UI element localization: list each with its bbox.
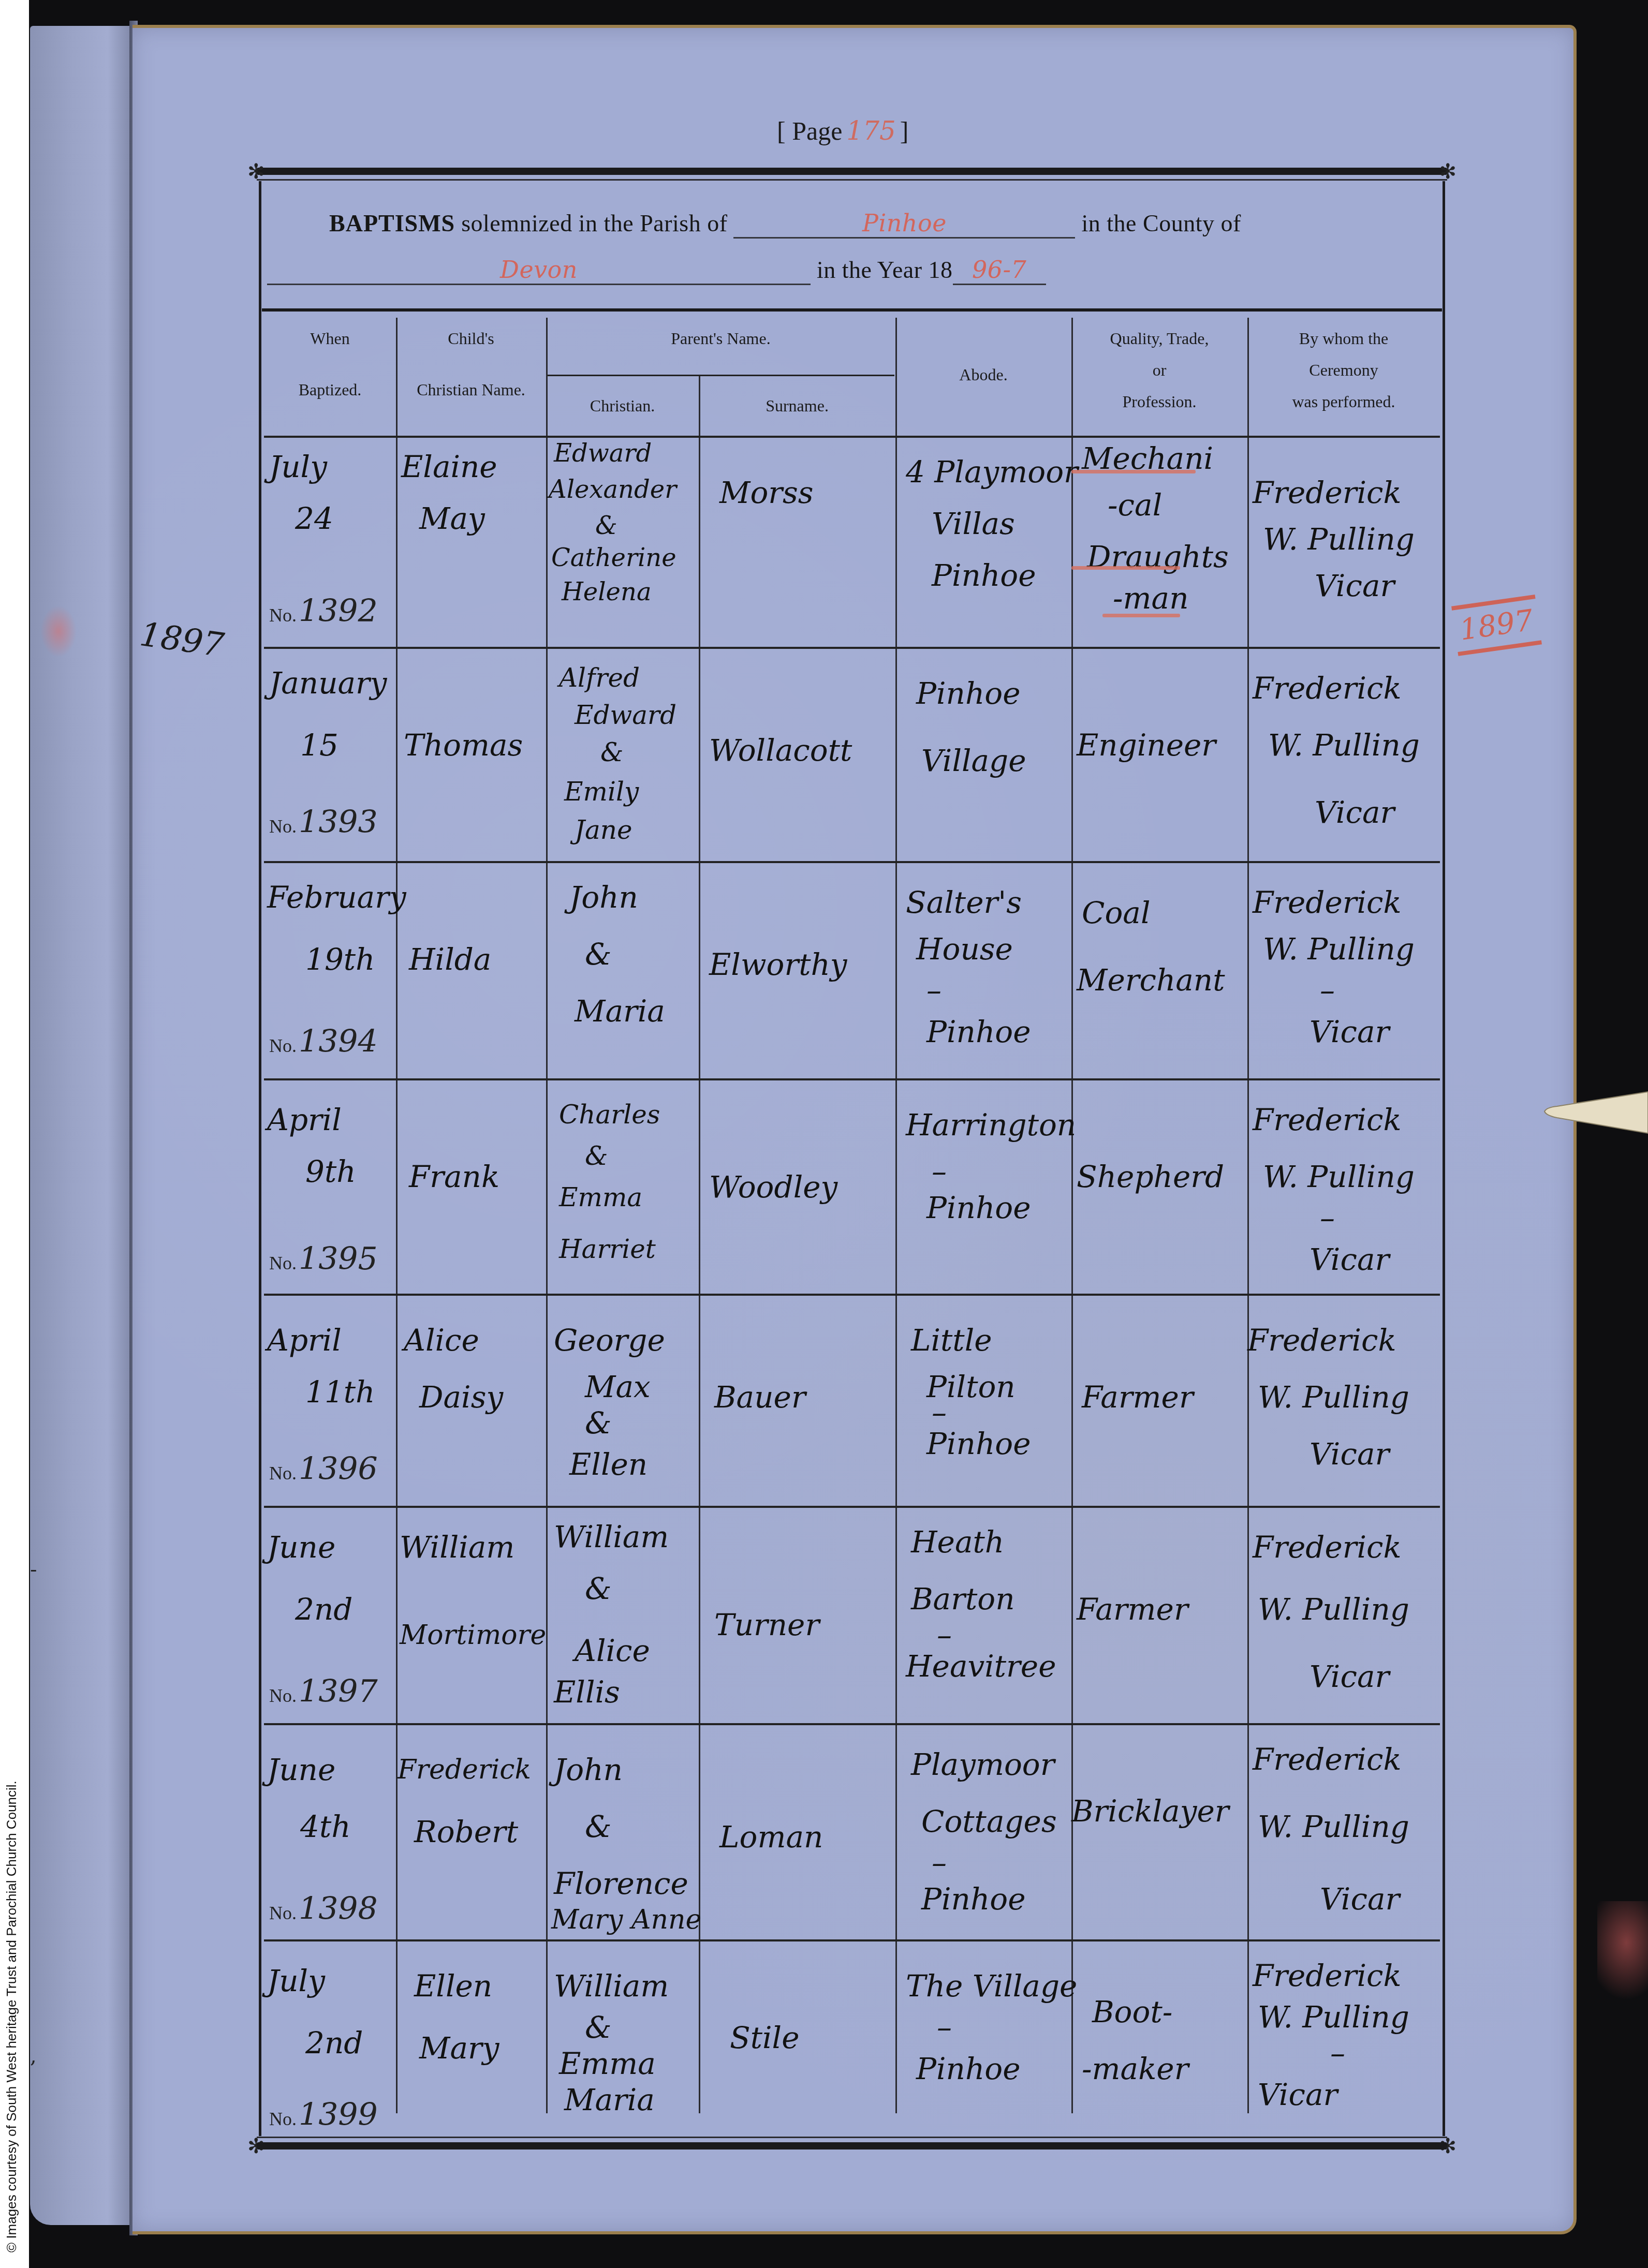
entry-number: No.1394 bbox=[269, 1024, 378, 1060]
header-parent-surname: Surname. bbox=[699, 390, 895, 422]
top-rule bbox=[257, 168, 1447, 175]
corner-ornament-icon: ✻ bbox=[1439, 161, 1456, 182]
heading-line-2: Devon in the Year 1896-7 bbox=[257, 256, 1447, 285]
header-trade: Quality, Trade, or Profession. bbox=[1071, 323, 1247, 417]
header-abode: Abode. bbox=[895, 359, 1071, 391]
page-number: [ Page175] bbox=[777, 116, 908, 146]
entry-number: No.1399 bbox=[269, 2097, 378, 2133]
entry-row-1394: February 19th No.1394 Hilda John & Maria… bbox=[264, 863, 1440, 1080]
entry-number: No.1397 bbox=[269, 1673, 378, 1710]
register-page: [ Page175] ✻ ✻ ✻ ✻ BAPTISMS solemnized i… bbox=[133, 25, 1577, 2234]
parish-field: Pinhoe bbox=[733, 209, 1075, 239]
entry-row-1393: January 15 No.1393 Thomas Alfred Edward … bbox=[264, 649, 1440, 863]
red-underline bbox=[1071, 566, 1180, 570]
header-child: Child's Christian Name. bbox=[396, 323, 546, 406]
heading-line-1: BAPTISMS solemnized in the Parish of Pin… bbox=[257, 209, 1447, 239]
heading-caps: BAPTISMS bbox=[329, 210, 455, 236]
entry-row-1399: July 2nd No.1399 Ellen Mary William & Em… bbox=[264, 1941, 1440, 2112]
header-minister: By whom the Ceremony was performed. bbox=[1247, 323, 1440, 417]
credit-strip: © Images courtesy of South West heritage… bbox=[0, 0, 29, 2268]
entry-number: No.1398 bbox=[269, 1891, 378, 1927]
red-ink-blot bbox=[1597, 1901, 1648, 2005]
entry-row-1392: July 24 No.1392 Elaine May Edward Alexan… bbox=[264, 438, 1440, 649]
bone-pointer-icon bbox=[1541, 1087, 1648, 1138]
entry-number: No.1393 bbox=[269, 804, 378, 840]
entry-number: No.1396 bbox=[269, 1451, 378, 1487]
entry-row-1395: April 9th No.1395 Frank Charles & Emma H… bbox=[264, 1080, 1440, 1296]
baptism-register: ✻ ✻ ✻ ✻ BAPTISMS solemnized in the Paris… bbox=[257, 168, 1447, 2150]
entry-row-1396: April 11th No.1396 Alice Daisy George Ma… bbox=[264, 1296, 1440, 1508]
top-rule-thin bbox=[257, 179, 1447, 181]
entry-number: No.1392 bbox=[269, 593, 378, 629]
entries-table: When Baptized. Child's Christian Name. P… bbox=[264, 318, 1440, 2118]
bottom-rule-thin bbox=[257, 2137, 1447, 2138]
ink-mark: , bbox=[30, 2044, 37, 2068]
year-field: 96-7 bbox=[953, 256, 1046, 285]
entry-row-1397: June 2nd No.1397 William Mortimore Willi… bbox=[264, 1508, 1440, 1725]
red-underline bbox=[1071, 470, 1196, 473]
ink-mark: - bbox=[30, 1558, 37, 1581]
left-border bbox=[259, 181, 261, 2136]
red-underline bbox=[1102, 614, 1180, 617]
header-parents: Parent's Name. bbox=[546, 323, 895, 354]
page-number-value: 175 bbox=[846, 116, 895, 146]
header-when: When Baptized. bbox=[264, 323, 396, 406]
previous-page-edge: - , bbox=[30, 26, 134, 2225]
entry-row-1398: June 4th No.1398 Frederick Robert John &… bbox=[264, 1725, 1440, 1941]
county-field: Devon bbox=[267, 256, 811, 285]
right-border bbox=[1443, 181, 1445, 2136]
heading-rule bbox=[262, 308, 1442, 312]
register-scan: © Images courtesy of South West heritage… bbox=[0, 0, 1648, 2268]
image-credit: © Images courtesy of South West heritage… bbox=[4, 1781, 20, 2252]
corner-ornament-icon: ✻ bbox=[247, 161, 265, 182]
bottom-rule bbox=[257, 2142, 1447, 2150]
parent-subheader-rule bbox=[548, 375, 894, 376]
red-ink-smudge bbox=[40, 605, 77, 657]
header-parent-christian: Christian. bbox=[546, 390, 699, 422]
entry-number: No.1395 bbox=[269, 1241, 378, 1277]
